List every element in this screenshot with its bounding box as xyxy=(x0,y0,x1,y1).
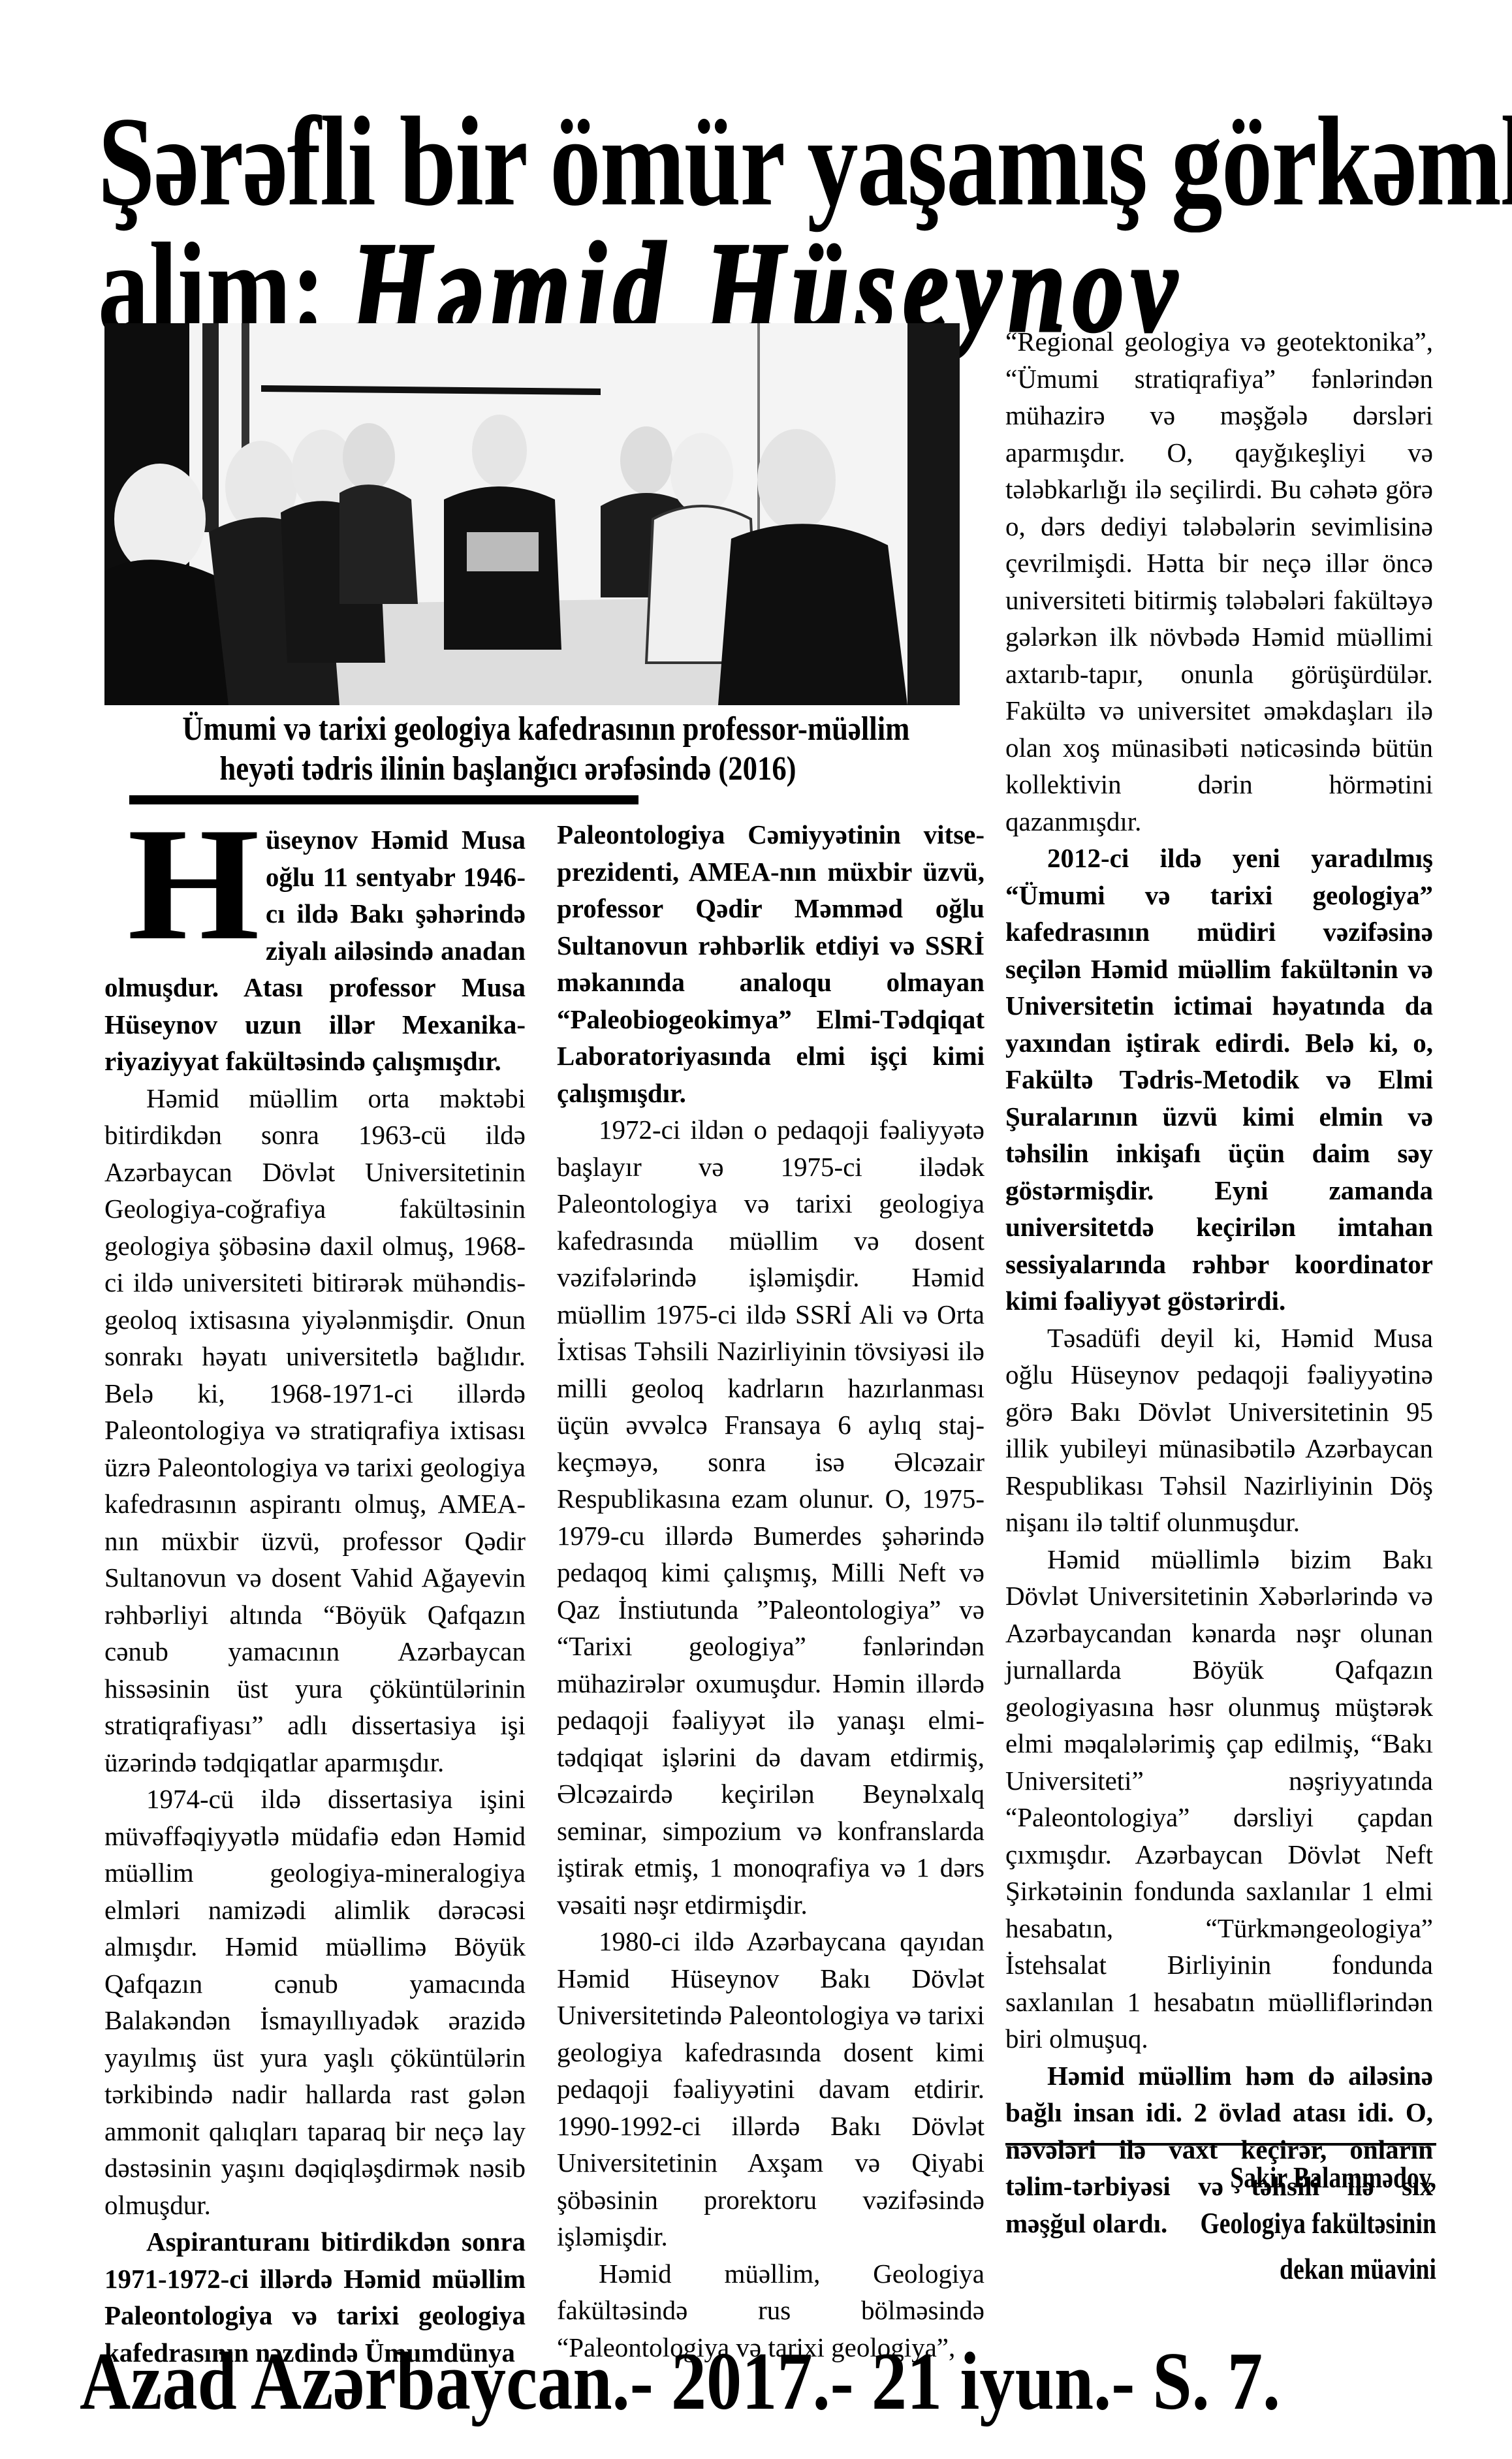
article-photo xyxy=(104,323,960,705)
paragraph: 1974-cü ildə dissertasiya işini müvəffəq… xyxy=(104,1781,526,2223)
source-citation: Azad Azərbaycan.- 2017.- 21 iyun.- S. 7. xyxy=(80,2341,1280,2423)
signature-divider xyxy=(1005,2143,1436,2146)
author-position-line-1: Geologiya fakültəsinin xyxy=(1083,2200,1436,2246)
headline-line-2: alim: Həmid Hüseynov xyxy=(98,224,1169,338)
photo-caption-line-2: heyəti tədris ilinin başlanğıcı ərəfəsin… xyxy=(182,749,834,789)
article-column-middle: Paleontologiya Cəmiyyətinin vitse-prezid… xyxy=(557,816,984,2366)
paragraph: “Regional geologiya və geotektonika”, “Ü… xyxy=(1005,323,1433,840)
author-signature: Şakir Balammədov, Geologiya fakültəsinin… xyxy=(1005,2155,1436,2292)
article-column-left: Hüseynov Həmid Musa oğlu 11 sentyabr 194… xyxy=(104,821,526,2371)
group-photo-image xyxy=(104,323,960,705)
author-position-line-2: dekan müavini xyxy=(1083,2246,1436,2292)
headline-line-1: Şərəfli bir ömür yaşamış görkəmli xyxy=(98,98,1169,212)
photo-caption: Ümumi və tarixi geologiya kafedrasının p… xyxy=(129,705,887,796)
lead-paragraph: Hüseynov Həmid Musa oğlu 11 sentyabr 194… xyxy=(104,821,526,1080)
article-headline: Şərəfli bir ömür yaşamış görkəmli alim: … xyxy=(98,98,1436,338)
paragraph: 2012-ci ildə yeni yaradılmış “Ümumi və t… xyxy=(1005,840,1433,1320)
photo-caption-line-1: Ümumi və tarixi geologiya kafedrasının p… xyxy=(182,709,834,749)
paragraph: Təsadüfi deyil ki, Həmid Musa oğlu Hüsey… xyxy=(1005,1320,1433,1541)
paragraph: Həmid müəllim orta məktəbi bitirdikdən s… xyxy=(104,1080,526,1781)
paragraph: 1972-ci ildən o pedaqoji fəaliyyətə başl… xyxy=(557,1111,984,1923)
article-column-right: “Regional geologiya və geotektonika”, “Ü… xyxy=(1005,323,1433,2242)
drop-cap: H xyxy=(127,825,260,942)
paragraph: Paleontologiya Cəmiyyətinin vitse-prezid… xyxy=(557,816,984,1111)
paragraph: 1980-ci ildə Azərbaycana qayıdan Həmid H… xyxy=(557,1923,984,2255)
paragraph: Həmid müəllimlə bizim Bakı Dövlət Univer… xyxy=(1005,1541,1433,2057)
author-name: Şakir Balammədov, xyxy=(1083,2155,1436,2200)
